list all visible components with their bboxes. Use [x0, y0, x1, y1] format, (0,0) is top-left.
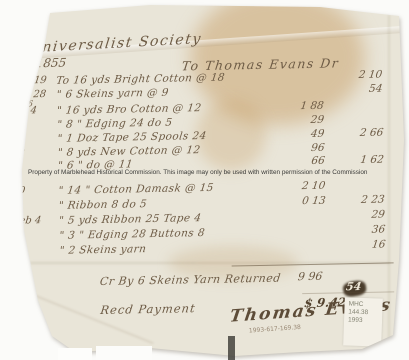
row-desc: " 16 yds Bro Cotton @ 12: [56, 102, 202, 117]
received-payment-line: Recd Payment: [100, 301, 197, 317]
row-amount-1: 1 88: [281, 100, 324, 113]
watermark-overlay: Property of Marblehead Historical Commis…: [28, 169, 403, 176]
pencil-accession-note: 1993-617-169.38: [249, 324, 301, 335]
row-amount-1: 96: [282, 142, 325, 155]
archive-sticker: MHC 144.38 1993: [343, 297, 383, 346]
paper: Universalist Society 1855 To Thomas Evan…: [0, 0, 409, 360]
row-date: 9: [13, 246, 21, 257]
row-desc: " 8 " Edging 24 do 5: [56, 117, 173, 131]
row-desc: To 16 yds Bright Cotton @ 18: [55, 72, 225, 87]
row-amount-1: [285, 210, 327, 211]
row-amount-1: [282, 70, 324, 71]
scanned-document: Universalist Society 1855 To Thomas Evan…: [0, 0, 409, 360]
row-amount-2: 1 62: [331, 154, 384, 167]
scan-artifact: [58, 348, 92, 360]
document-year: 1855: [35, 56, 67, 71]
row-amount-2: 29: [332, 209, 385, 222]
row-date: 7: [13, 231, 21, 242]
row-desc: " 2 Skeins yarn: [59, 243, 147, 257]
row-amount-2: [332, 141, 384, 142]
sticker-line-3: 1993: [348, 316, 382, 325]
row-date: Dec 28: [10, 89, 47, 101]
row-date: 30: [12, 185, 26, 196]
row-date: 19: [11, 147, 25, 158]
row-amount-2: 2 23: [332, 194, 385, 207]
row-amount-1: 66: [282, 155, 325, 168]
row-desc: " 1 Doz Tape 25 Spools 24: [57, 130, 208, 145]
subtotal-amount: 9 96: [297, 270, 323, 284]
row-amount-1: 29: [281, 114, 324, 127]
row-desc: " 6 Skeins yarn @ 9: [56, 87, 170, 101]
row-desc: " 14 " Cotton Damask @ 15: [58, 182, 215, 197]
row-amount-2: 2 66: [331, 127, 384, 140]
row-date: Feb 4: [12, 215, 42, 227]
credit-line: Cr By 6 Skeins Yarn Returned: [99, 272, 281, 289]
total-rule: [232, 262, 394, 266]
row-desc: " 5 yds Ribbon 25 Tape 4: [58, 212, 202, 227]
row-amount-2: 2 10: [329, 69, 382, 82]
row-amount-1: [282, 84, 324, 85]
row-amount-2: [331, 99, 383, 100]
row-amount-1: 0 13: [283, 195, 326, 208]
row-amount-2: [332, 113, 384, 114]
document-title: Universalist Society: [28, 31, 203, 56]
paper-shadow: Universalist Society 1855 To Thomas Evan…: [0, 0, 409, 360]
row-date: Jan 4: [10, 105, 37, 117]
scan-artifact-dark: [228, 336, 235, 360]
credit-rule: [302, 291, 394, 294]
row-desc: " 3 " Edging 28 Buttons 8: [58, 227, 205, 242]
row-amount-2: [333, 179, 385, 180]
row-amount-1: [285, 225, 327, 226]
row-amount-1: 49: [282, 128, 325, 141]
row-amount-2: 36: [332, 224, 385, 237]
row-amount-1: 2 10: [283, 180, 326, 193]
row-amount-2: 16: [333, 239, 386, 252]
scan-artifact: [96, 346, 152, 360]
row-date: Nov 19: [10, 75, 48, 87]
row-amount-2: 54: [330, 83, 383, 96]
row-amount-1: [285, 240, 327, 241]
row-desc: " Ribbon 8 do 5: [58, 198, 148, 212]
